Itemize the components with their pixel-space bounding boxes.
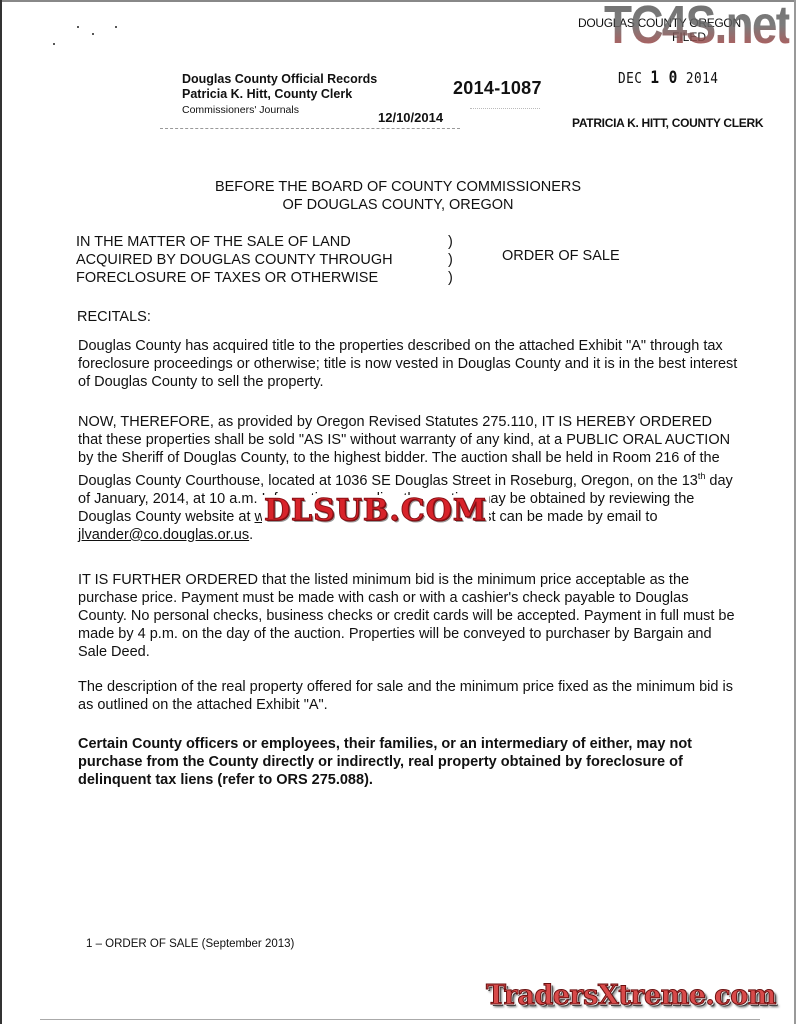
- recitals-label: RECITALS:: [77, 309, 151, 325]
- record-number-divider: [470, 108, 540, 109]
- watermark-middle: DLSUB.COM: [262, 495, 489, 527]
- caption-line: IN THE MATTER OF THE SALE OF LAND: [76, 233, 393, 251]
- document-heading-line1: BEFORE THE BOARD OF COUNTY COMMISSIONERS: [0, 178, 796, 197]
- caption-paren: ): [448, 269, 453, 287]
- record-date: 12/10/2014: [378, 110, 443, 125]
- paragraph-text: The description of the real property off…: [78, 678, 738, 714]
- paragraph-description: The description of the real property off…: [78, 678, 738, 714]
- case-caption: IN THE MATTER OF THE SALE OF LAND ACQUIR…: [76, 233, 393, 287]
- document-heading-line2: OF DOUGLAS COUNTY, OREGON: [0, 196, 796, 215]
- scanned-document-page: Douglas County Official Records Patricia…: [0, 0, 796, 1024]
- watermark-bottom-right: TradersXtreme.com: [486, 980, 776, 1011]
- caption-parentheses: ) ) ): [448, 233, 453, 287]
- scan-edge-left: [0, 0, 2, 1024]
- caption-paren: ): [448, 251, 453, 269]
- recording-office: Douglas County Official Records: [182, 72, 377, 87]
- filed-stamp-date: DEC 1 0 2014: [618, 68, 718, 88]
- filed-stamp-clerk: PATRICIA K. HITT, COUNTY CLERK: [572, 116, 763, 130]
- caption-paren: ): [448, 233, 453, 251]
- watermark-top-right: TC4S.net: [604, 0, 789, 56]
- paragraph-text: IT IS FURTHER ORDERED that the listed mi…: [78, 571, 738, 661]
- recording-clerk: Patricia K. Hitt, County Clerk: [182, 87, 377, 102]
- caption-line: FORECLOSURE OF TAXES OR OTHERWISE: [76, 269, 393, 287]
- recording-journal: Commissioners' Journals: [182, 104, 299, 116]
- filed-stamp-day: 1 0: [650, 68, 677, 88]
- filed-stamp-month: DEC: [618, 69, 642, 87]
- order-text-end: .: [249, 527, 253, 543]
- filed-stamp-year: 2014: [686, 69, 718, 87]
- paragraph-recital: Douglas County has acquired title to the…: [78, 337, 738, 391]
- order-title: ORDER OF SALE: [502, 248, 620, 264]
- order-text-part1: NOW, THEREFORE, as provided by Oregon Re…: [78, 414, 730, 489]
- recording-office-block: Douglas County Official Records Patricia…: [182, 72, 377, 102]
- recording-divider: [160, 128, 460, 129]
- paragraph-text: Certain County officers or employees, th…: [78, 735, 738, 789]
- scan-speck: [92, 33, 94, 35]
- scan-speck: [115, 26, 117, 28]
- paragraph-further-ordered: IT IS FURTHER ORDERED that the listed mi…: [78, 571, 738, 661]
- page-footer: 1 – ORDER OF SALE (September 2013): [86, 938, 294, 950]
- caption-line: ACQUIRED BY DOUGLAS COUNTY THROUGH: [76, 251, 393, 269]
- scan-speck: [53, 43, 55, 45]
- record-number: 2014-1087: [453, 78, 542, 99]
- scan-speck: [77, 26, 79, 28]
- paragraph-restriction-notice: Certain County officers or employees, th…: [78, 735, 738, 789]
- email-link[interactable]: jlvander@co.douglas.or.us: [78, 527, 249, 543]
- scan-edge-bottom: [40, 1019, 760, 1020]
- paragraph-text: Douglas County has acquired title to the…: [78, 337, 738, 391]
